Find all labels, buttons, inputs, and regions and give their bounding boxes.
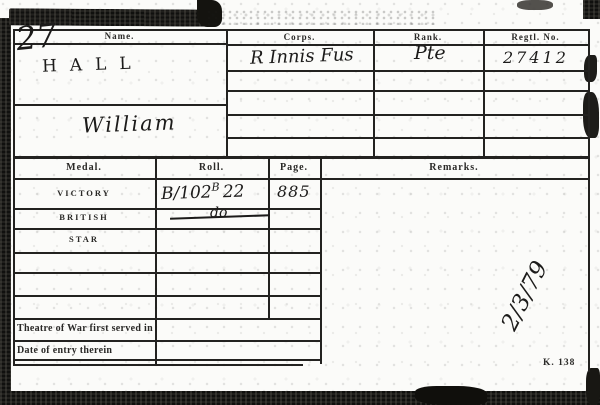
grid-line-h	[226, 70, 590, 72]
medal-victory-label: Victory	[13, 188, 155, 198]
roll-value-superscript: B	[211, 180, 220, 193]
grid-line-v	[226, 29, 228, 157]
date-of-entry-label: Date of entry therein	[17, 345, 112, 356]
roll-value-prefix: B/102	[161, 182, 212, 204]
grid-line-v	[155, 156, 157, 364]
scan-artifact-top-speckle	[207, 10, 435, 25]
corps-value-handwritten: R Innis Fus	[250, 44, 354, 69]
british-roll-ditto-handwritten: do	[210, 205, 227, 221]
grid-line-v	[588, 29, 590, 372]
grid-line-h	[226, 90, 590, 92]
forename-handwritten: William	[82, 110, 177, 137]
grid-line-h	[13, 208, 320, 210]
page-header: Page.	[268, 162, 320, 173]
grid-line-h	[13, 156, 590, 159]
surname-handwritten: HALL	[42, 53, 144, 77]
scan-artifact-bottom-blob	[415, 386, 487, 405]
victory-page-value-handwritten: 885	[277, 182, 311, 201]
corps-header: Corps.	[226, 32, 373, 42]
scan-artifact-topright-corner	[583, 0, 600, 19]
regtl-no-header: Regtl. No.	[483, 32, 588, 42]
grid-line-h	[226, 137, 590, 139]
medal-british-label: British	[13, 212, 155, 222]
grid-line-v	[13, 29, 15, 159]
theatre-of-war-label: Theatre of War first served in	[17, 323, 153, 334]
grid-line-h	[13, 178, 590, 180]
scan-artifact-right-blob-1	[584, 55, 597, 82]
roll-value-suffix: 22	[222, 181, 244, 202]
grid-line-h	[13, 364, 303, 366]
grid-line-h	[226, 44, 590, 46]
remarks-header: Remarks.	[320, 162, 588, 173]
scan-artifact-bottom-band	[0, 391, 600, 405]
corner-number-handwritten: 27	[14, 16, 58, 58]
grid-line-h	[13, 359, 320, 361]
scan-artifact-bottomright-blob	[586, 368, 600, 405]
grid-line-h	[13, 252, 320, 254]
rank-value-handwritten: Pte	[414, 42, 446, 64]
medal-index-card-scan: Name. Corps. Rank. Regtl. No. Medal. Rol…	[0, 0, 600, 405]
grid-line-h	[13, 228, 320, 230]
medal-star-label: Star	[13, 234, 155, 244]
grid-line-h	[13, 295, 320, 297]
grid-line-h	[13, 104, 226, 106]
regtl-no-value-handwritten: 27412	[503, 48, 569, 67]
form-reference: K. 138	[543, 358, 575, 368]
medal-header: Medal.	[13, 162, 155, 173]
roll-header: Roll.	[155, 162, 268, 173]
victory-roll-value-handwritten: B/102B22	[161, 180, 245, 205]
scan-artifact-left-strip	[0, 18, 11, 405]
scan-artifact-topright-smudge	[517, 0, 553, 10]
grid-line-h	[226, 114, 590, 116]
rank-header: Rank.	[373, 32, 483, 42]
grid-line-v	[320, 156, 322, 364]
grid-line-h	[13, 272, 320, 274]
grid-line-h	[13, 340, 320, 342]
grid-line-v	[373, 29, 375, 157]
grid-line-v	[483, 29, 485, 157]
rotated-date-annotation: 2/3/79	[497, 257, 554, 335]
grid-line-h	[13, 318, 320, 320]
grid-line-v	[268, 156, 270, 318]
